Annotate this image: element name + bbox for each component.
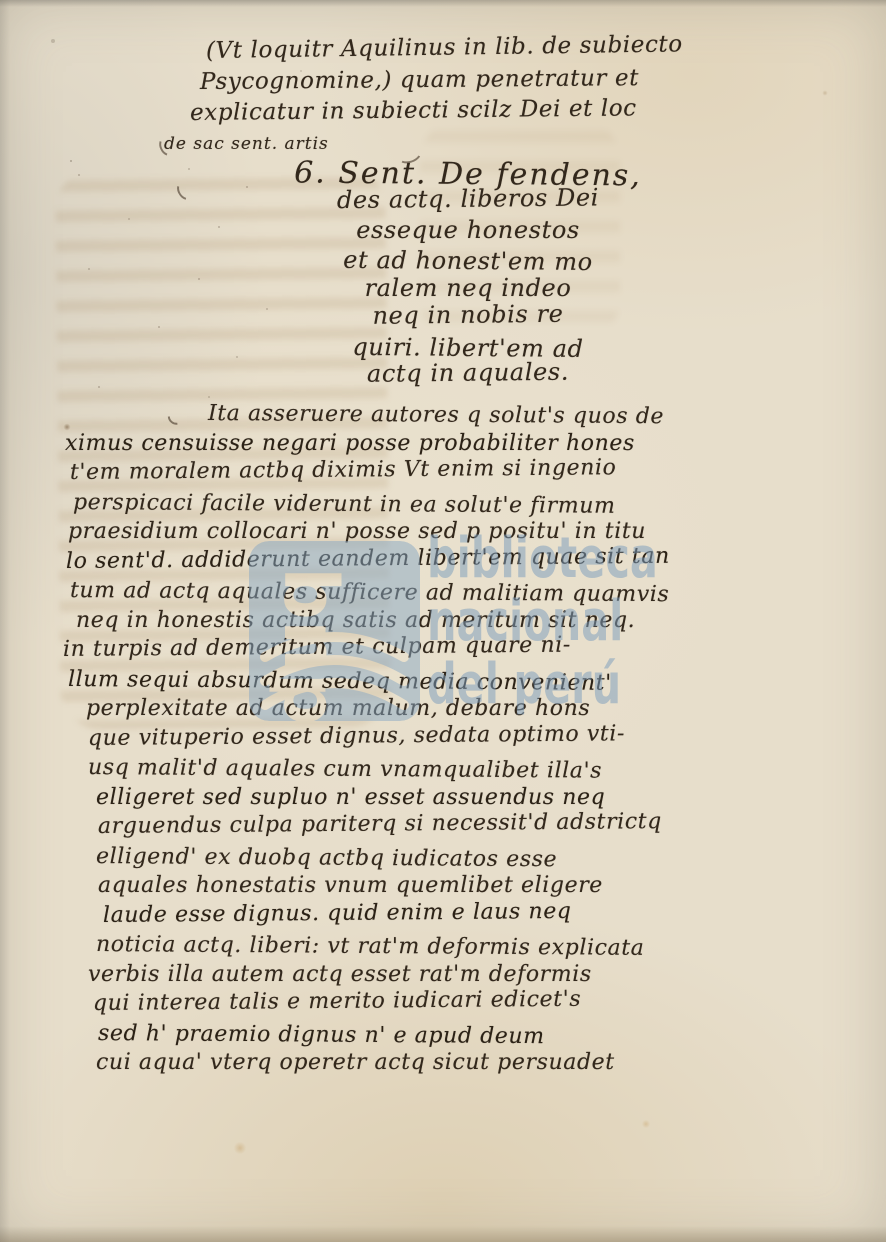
manuscript-line: que vituperio esset dignus, sedata optim… [88,718,670,753]
manuscript-line: tum ad actq aquales sufficere ad malitia… [70,576,670,610]
manuscript-line: elligend' ex duobq actbq iudicatos esse [96,842,670,876]
margin-arc-mark [173,175,201,204]
manuscript-line: (Vt loquitr Aquilinus in lib. de subiect… [206,29,683,67]
manuscript-line: de sac sent. artis [164,129,683,160]
manuscript-line: in turpis ad demeritum et culpam quare n… [63,630,670,665]
body-block: Ita asseruere autores q solut's quos de … [58,399,670,1078]
manuscript-line: Ita asseruere autores q solut's quos de [208,399,670,432]
manuscript-page: (Vt loquitr Aquilinus in lib. de subiect… [0,0,886,1242]
manuscript-line: laude esse dignus. quid enim e laus neq [103,896,670,930]
centered-block: 6. Sent. De fendens, des actq. liberos D… [252,158,684,390]
header-block: (Vt loquitr Aquilinus in lib. de subiect… [206,36,683,160]
manuscript-line: arguendus culpa pariterq si necessit'd a… [98,807,670,841]
manuscript-line: esseque honestos [252,216,684,245]
manuscript-line: usq malit'd aquales cum vnamqualibet ill… [88,753,670,787]
manuscript-line: explicatur in subiecti scilz Dei et loc [190,93,683,129]
manuscript-line: perspicaci facile viderunt in ea solut'e… [73,488,670,522]
manuscript-line: lo sent'd. addiderunt eandem libert'em q… [66,541,670,576]
manuscript-line: cui aqua' vterq operetr actq sicut persu… [96,1048,670,1078]
manuscript-line: des actq. liberos Dei [252,182,684,216]
manuscript-line: actq in aquales. [252,356,684,390]
manuscript-line: t'em moralem actbq diximis Vt enim si in… [70,453,670,488]
manuscript-line: neq in nobis re [252,298,684,332]
manuscript-line: llum sequi absurdum sedeq media convenie… [68,665,670,699]
manuscript-line: sed h' praemio dignus n' e apud deum [98,1019,670,1052]
manuscript-line: qui interea talis e merito iudicari edic… [93,984,670,1019]
manuscript-line: et ad honest'em mo [252,245,684,278]
ink-specks [70,160,72,162]
manuscript-line: noticia actq. liberi: vt rat'm deformis … [96,930,670,964]
